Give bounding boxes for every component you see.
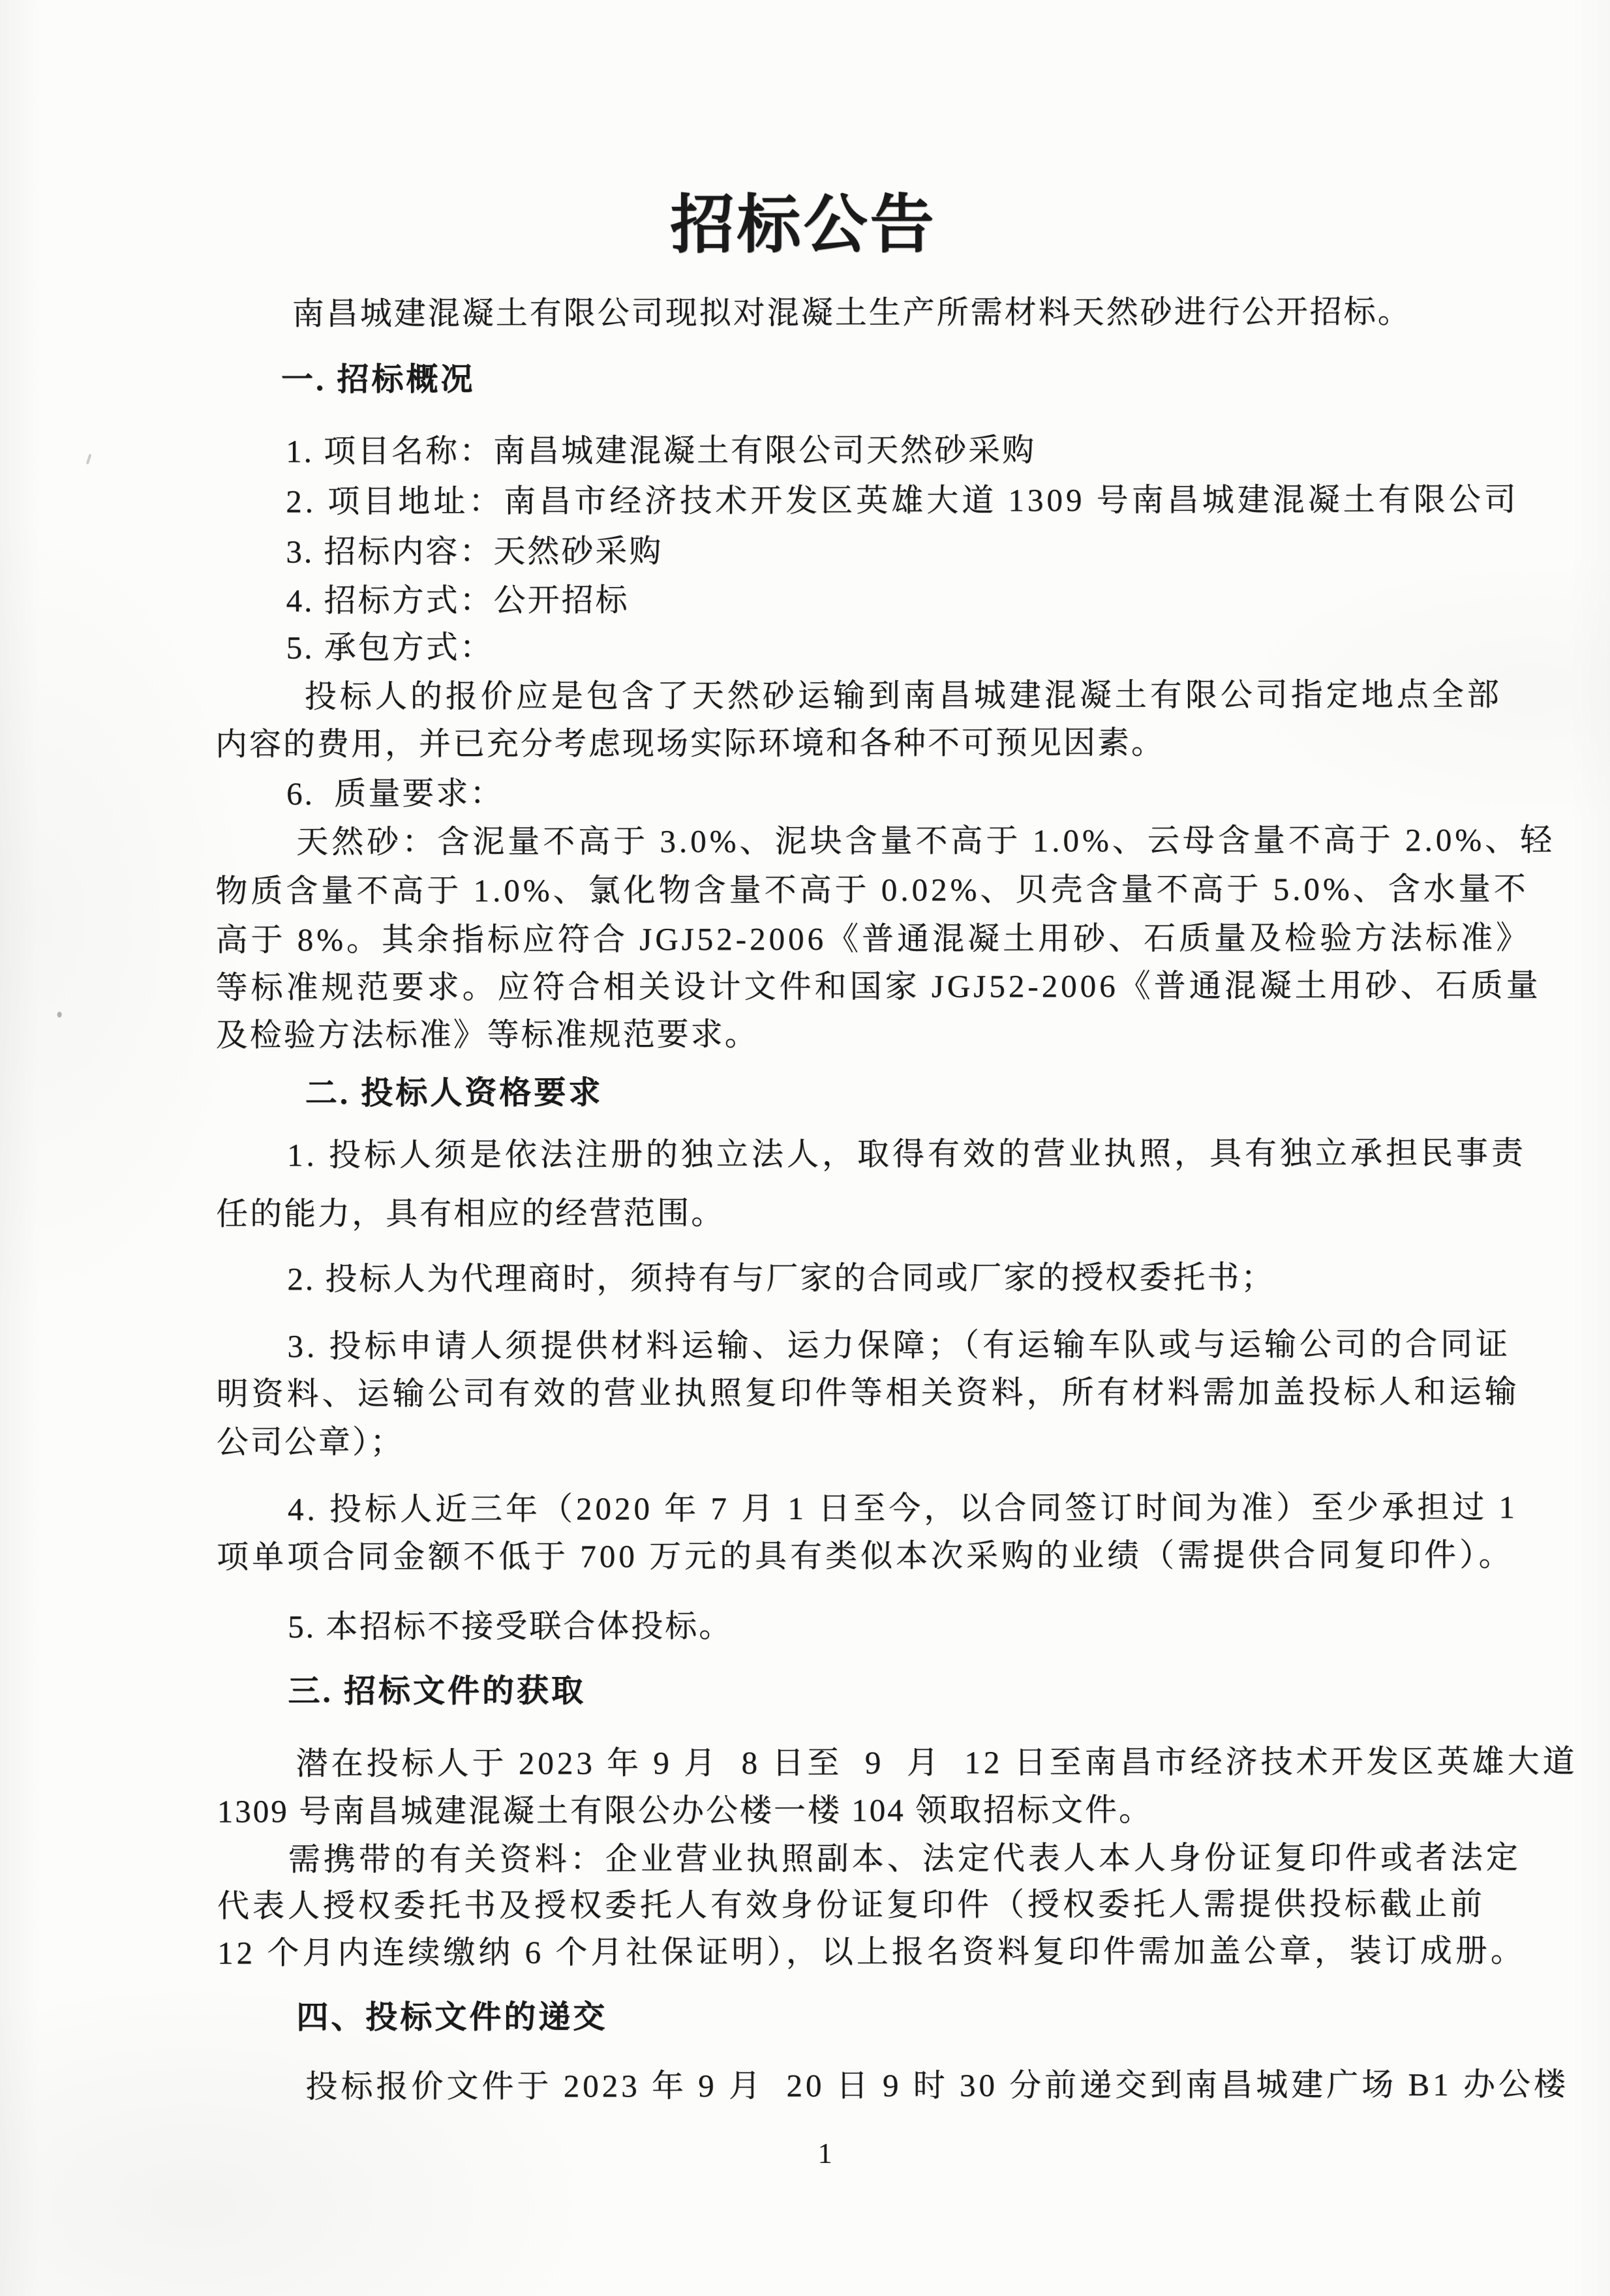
obtain-para-line: 需携带的有关资料：企业营业执照副本、法定代表人本人身份证复印件或者法定: [288, 1838, 1521, 1879]
qualification-item-line: 2. 投标人为代理商时，须持有与厂家的合同或厂家的授权委托书；: [287, 1258, 1275, 1299]
contract-para-line: 内容的费用，并已充分考虑现场实际环境和各种不可预见因素。: [215, 723, 1165, 764]
obtain-para-line: 12 个月内连续缴纳 6 个月社保证明），以上报名资料复印件需加盖公章，装订成册…: [217, 1931, 1526, 1973]
obtain-para-line: 代表人授权委托书及授权委托人有效身份证复印件（授权委托人需提供投标截止前: [217, 1884, 1485, 1926]
overview-item-project-name: 1. 项目名称：南昌城建混凝土有限公司天然砂采购: [286, 430, 1036, 471]
overview-item-tender-method: 4. 招标方式：公开招标: [286, 581, 629, 620]
submission-para-line: 投标报价文件于 2023 年 9 月 20 日 9 时 30 分前递交到南昌城建…: [305, 2065, 1569, 2106]
section-3-heading: 三. 招标文件的获取: [288, 1672, 586, 1712]
document-title: 招标公告: [0, 172, 1609, 267]
qualification-item-line: 1. 投标人须是依法注册的独立法人，取得有效的营业执照，具有独立承担民事责: [287, 1134, 1526, 1175]
quality-para-line: 物质含量不高于 1.0%、氯化物含量不高于 0.02%、贝壳含量不高于 5.0%…: [215, 869, 1529, 911]
quality-para-line: 等标准规范要求。应符合相关设计文件和国家 JGJ52-2006《普通混凝土用砂、…: [216, 966, 1542, 1008]
qualification-item-line: 任的能力，具有相应的经营范围。: [216, 1194, 725, 1233]
overview-item-quality: 6. 质量要求：: [286, 774, 504, 814]
scanned-document-page: 招标公告 南昌城建混凝土有限公司现拟对混凝土生产所需材料天然砂进行公开招标。 一…: [0, 0, 1610, 2296]
qualification-item-line: 3. 投标申请人须提供材料运输、运力保障；（有运输车队或与运输公司的合同证: [287, 1325, 1511, 1366]
paper-speck: [57, 1012, 62, 1018]
contract-para-line: 投标人的报价应是包含了天然砂运输到南昌城建混凝土有限公司指定地点全部: [305, 675, 1502, 716]
qualification-item-line: 项单项合同金额不低于 700 万元的具有类似本次采购的业绩（需提供合同复印件）。: [217, 1535, 1514, 1577]
quality-para-line: 高于 8%。其余指标应符合 JGJ52-2006《普通混凝土用砂、石质量及检验方…: [215, 918, 1531, 960]
quality-para-line: 及检验方法标准》等标准规范要求。: [216, 1015, 759, 1055]
section-2-heading: 二. 投标人资格要求: [305, 1074, 603, 1113]
overview-item-project-address: 2. 项目地址：南昌市经济技术开发区英雄大道 1309 号南昌城建混凝土有限公司: [286, 480, 1519, 521]
quality-para-line: 天然砂：含泥量不高于 3.0%、泥块含量不高于 1.0%、云母含量不高于 2.0…: [296, 821, 1555, 862]
document-sheet: 招标公告 南昌城建混凝土有限公司现拟对混凝土生产所需材料天然砂进行公开招标。 一…: [0, 0, 1610, 2296]
qualification-item-line: 公司公章）；: [217, 1423, 404, 1462]
obtain-para-line: 1309 号南昌城建混凝土有限公办公楼一楼 104 领取招标文件。: [217, 1790, 1153, 1832]
paper-speck: [86, 454, 92, 464]
qualification-item-line: 4. 投标人近三年（2020 年 7 月 1 日至今，以合同签订时间为准）至少承…: [288, 1488, 1518, 1529]
section-1-heading: 一. 招标概况: [281, 360, 476, 400]
overview-item-tender-content: 3. 招标内容：天然砂采购: [286, 532, 663, 571]
obtain-para-line: 潜在投标人于 2023 年 9 月 8 日至 9 月 12 日至南昌市经济技术开…: [296, 1742, 1578, 1783]
qualification-item-line: 明资料、运输公司有效的营业执照复印件等相关资料，所有材料需加盖投标人和运输: [217, 1372, 1520, 1413]
intro-paragraph: 南昌城建混凝土有限公司现拟对混凝土生产所需材料天然砂进行公开招标。: [292, 292, 1412, 333]
qualification-item-line: 5. 本招标不接受联合体投标。: [288, 1607, 733, 1646]
overview-item-contract-method: 5. 承包方式：: [286, 628, 494, 668]
section-4-heading: 四、投标文件的递交: [296, 1998, 607, 2038]
page-number: 1: [20, 2136, 1610, 2171]
